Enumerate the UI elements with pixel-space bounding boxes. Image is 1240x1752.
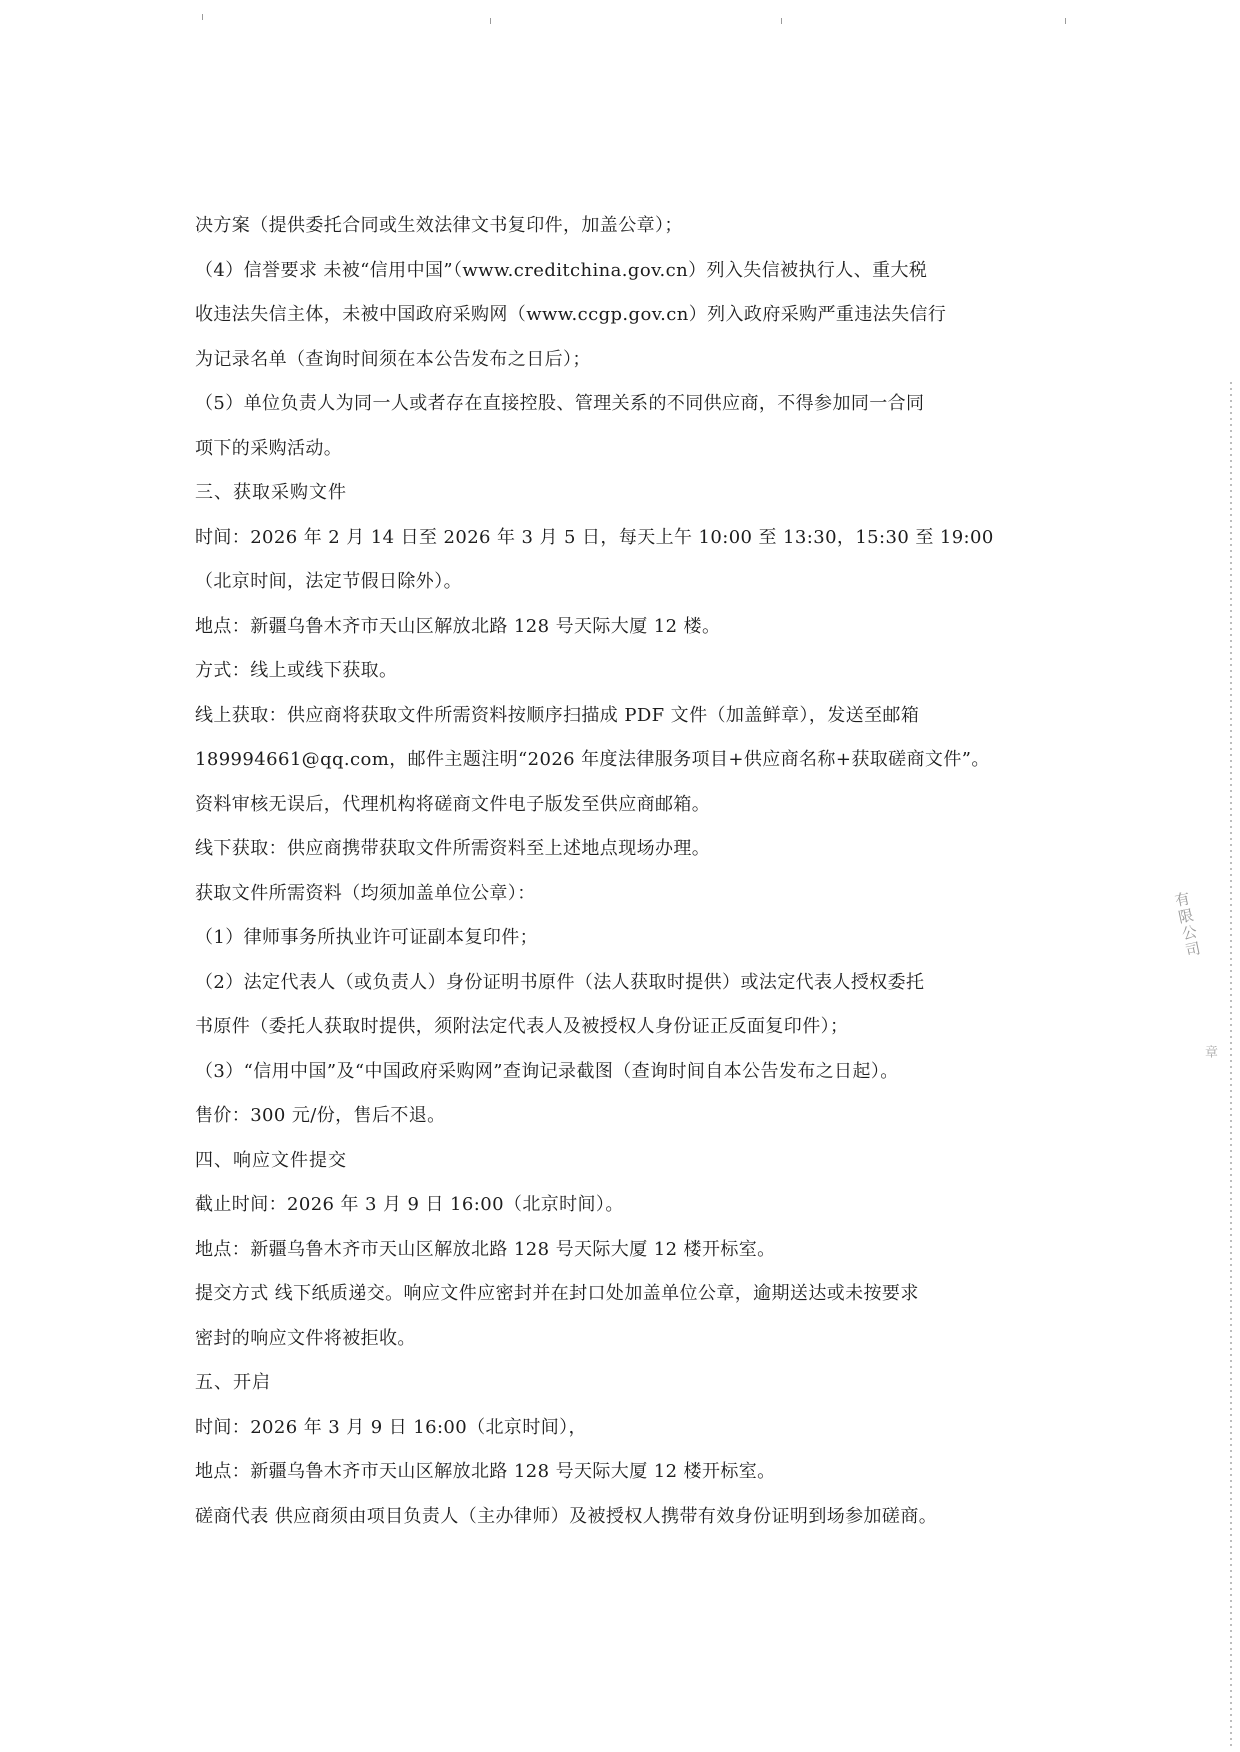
text-line: 地点：新疆乌鲁木齐市天山区解放北路 128 号天际大厦 12 楼开标室。	[195, 1238, 1025, 1262]
text-line: 提交方式 线下纸质递交。响应文件应密封并在封口处加盖单位公章，逾期送达或未按要求	[195, 1282, 1025, 1306]
text-line: （北京时间，法定节假日除外）。	[195, 570, 1025, 594]
perforation-edge	[1230, 380, 1232, 1750]
text-line: 方式：线上或线下获取。	[195, 659, 1025, 683]
text-line: （1）律师事务所执业许可证副本复印件；	[195, 926, 1025, 950]
text-line: 售价：300 元/份，售后不退。	[195, 1104, 1025, 1128]
section-heading-opening: 五、开启	[195, 1371, 1025, 1395]
seal-stamp-fragment-lower: 章	[1200, 1045, 1219, 1058]
text-line: 决方案（提供委托合同或生效法律文书复印件，加盖公章）；	[195, 214, 1025, 238]
text-line: （3）“信用中国”及“中国政府采购网”查询记录截图（查询时间自本公告发布之日起）…	[195, 1060, 1025, 1084]
text-line: 为记录名单（查询时间须在本公告发布之日后）；	[195, 348, 1025, 372]
scan-mark	[202, 14, 203, 20]
section-heading-obtain-documents: 三、获取采购文件	[195, 481, 1025, 505]
scan-mark	[781, 18, 782, 24]
text-line: 截止时间：2026 年 3 月 9 日 16:00（北京时间）。	[195, 1193, 1025, 1217]
text-line: 获取文件所需资料（均须加盖单位公章）：	[195, 882, 1025, 906]
text-line: （2）法定代表人（或负责人）身份证明书原件（法人获取时提供）或法定代表人授权委托	[195, 971, 1025, 995]
text-line: 时间：2026 年 3 月 9 日 16:00（北京时间），	[195, 1416, 1025, 1440]
scan-mark	[490, 18, 491, 24]
text-line: 189994661@qq.com，邮件主题注明“2026 年度法律服务项目+供应…	[195, 748, 1025, 772]
document-page: 决方案（提供委托合同或生效法律文书复印件，加盖公章）； （4）信誉要求 未被“信…	[0, 0, 1240, 1752]
scan-mark	[1065, 18, 1066, 24]
text-line: （4）信誉要求 未被“信用中国”（www.creditchina.gov.cn）…	[195, 259, 1025, 283]
text-line: 地点：新疆乌鲁木齐市天山区解放北路 128 号天际大厦 12 楼开标室。	[195, 1460, 1025, 1484]
document-body: 决方案（提供委托合同或生效法律文书复印件，加盖公章）； （4）信誉要求 未被“信…	[195, 214, 1025, 1549]
text-line: 磋商代表 供应商须由项目负责人（主办律师）及被授权人携带有效身份证明到场参加磋商…	[195, 1505, 1025, 1529]
seal-stamp-fragment: 有限公司	[1167, 890, 1230, 1090]
text-line: 密封的响应文件将被拒收。	[195, 1327, 1025, 1351]
text-line: 线上获取：供应商将获取文件所需资料按顺序扫描成 PDF 文件（加盖鲜章），发送至…	[195, 704, 1025, 728]
text-line: 时间：2026 年 2 月 14 日至 2026 年 3 月 5 日，每天上午 …	[195, 526, 1025, 550]
text-line: 地点：新疆乌鲁木齐市天山区解放北路 128 号天际大厦 12 楼。	[195, 615, 1025, 639]
text-line: 收违法失信主体，未被中国政府采购网（www.ccgp.gov.cn）列入政府采购…	[195, 303, 1025, 327]
text-line: （5）单位负责人为同一人或者存在直接控股、管理关系的不同供应商，不得参加同一合同	[195, 392, 1025, 416]
text-line: 线下获取：供应商携带获取文件所需资料至上述地点现场办理。	[195, 837, 1025, 861]
section-heading-submission: 四、响应文件提交	[195, 1149, 1025, 1173]
text-line: 资料审核无误后，代理机构将磋商文件电子版发至供应商邮箱。	[195, 793, 1025, 817]
text-line: 项下的采购活动。	[195, 437, 1025, 461]
text-line: 书原件（委托人获取时提供，须附法定代表人及被授权人身份证正反面复印件）；	[195, 1015, 1025, 1039]
